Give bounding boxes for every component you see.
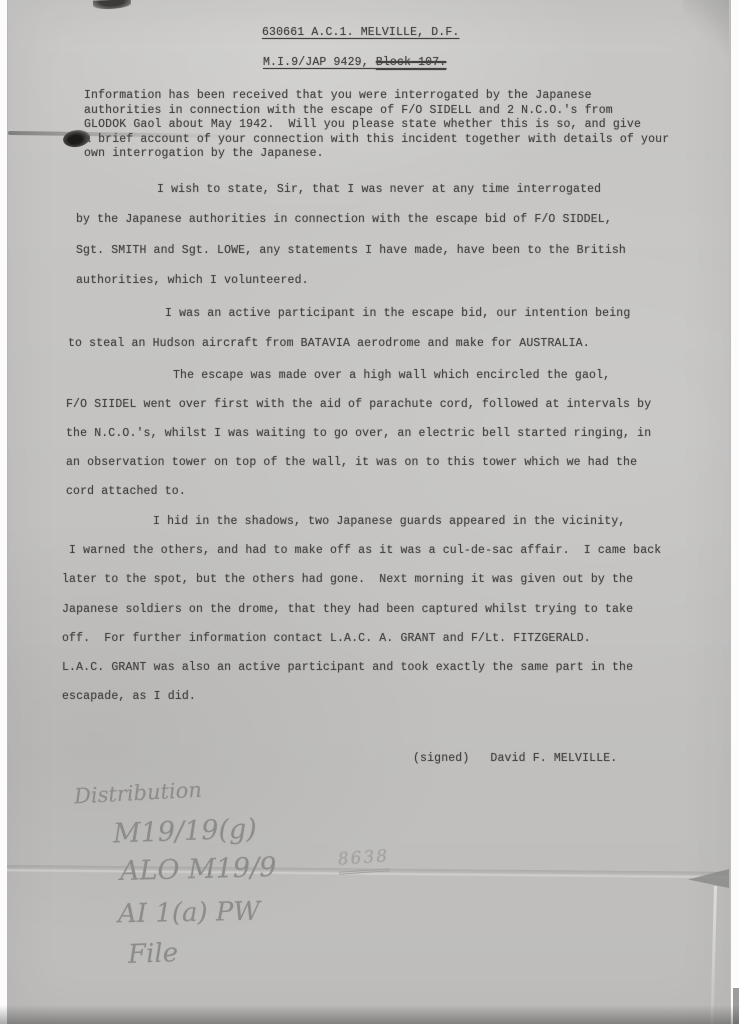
typed-line: The escape was made over a high wall whi… bbox=[66, 361, 651, 390]
handwritten-item-alo-m19-9: ALO M19/9 bbox=[120, 852, 277, 887]
typed-line: to steal an Hudson aircraft from BATAVIA… bbox=[68, 329, 630, 359]
typed-line: GLODOK Gaol about May 1942. Will you ple… bbox=[84, 118, 669, 133]
typed-line: a brief account of your connection with … bbox=[84, 133, 669, 148]
typed-line: the N.C.O.'s, whilst I was waiting to go… bbox=[66, 419, 651, 448]
typed-line: I was an active participant in the escap… bbox=[68, 299, 630, 329]
top-right-corner-shade bbox=[683, 0, 729, 58]
typed-line: I warned the others, and had to make off… bbox=[62, 536, 661, 565]
bottom-edge-shadow bbox=[0, 1005, 739, 1024]
typed-line: F/O SIIDEL went over first with the aid … bbox=[66, 390, 651, 419]
handwritten-item-m19-19g: M19/19(g) bbox=[113, 813, 258, 849]
typed-line: authorities in connection with the escap… bbox=[84, 104, 669, 119]
handwritten-item-file: File bbox=[127, 938, 178, 970]
typed-line: an observation tower on top of the wall,… bbox=[66, 448, 651, 477]
handwritten-item-ai-1a-pw: AI 1(a) PW bbox=[118, 897, 261, 929]
header-service-line: 630661 A.C.1. MELVILLE, D.F. bbox=[262, 26, 459, 39]
reference-struck-text: Block 107. bbox=[376, 56, 447, 69]
scanned-document-page: 630661 A.C.1. MELVILLE, D.F. M.I.9/JAP 9… bbox=[0, 0, 739, 1024]
paragraph-statement-1: I wish to state, Sir, that I was never a… bbox=[76, 175, 626, 296]
header-reference-line: M.I.9/JAP 9429, Block 107. bbox=[263, 56, 446, 69]
typed-line: later to the spot, but the others had go… bbox=[62, 565, 661, 594]
signature-line: (signed)David F. MELVILLE. bbox=[413, 752, 617, 765]
typed-line: escapade, as I did. bbox=[62, 682, 661, 711]
typed-line: I hid in the shadows, two Japanese guard… bbox=[62, 507, 661, 536]
paragraph-intro: Information has been received that you w… bbox=[84, 89, 669, 162]
typed-line: Information has been received that you w… bbox=[84, 89, 669, 104]
typed-line: cord attached to. bbox=[66, 477, 651, 506]
typed-line: by the Japanese authorities in connectio… bbox=[76, 205, 626, 235]
typed-line: off. For further information contact L.A… bbox=[62, 624, 661, 653]
signatory-name: David F. MELVILLE. bbox=[490, 752, 617, 765]
typed-line: Sgt. SMITH and Sgt. LOWE, any statements… bbox=[76, 236, 626, 266]
handwritten-file-number: 8638 bbox=[337, 846, 390, 875]
typed-line: L.A.C. GRANT was also an active particip… bbox=[62, 653, 661, 682]
signed-label: (signed) bbox=[413, 752, 469, 765]
typed-line: authorities, which I volunteered. bbox=[76, 266, 626, 296]
typed-line: I wish to state, Sir, that I was never a… bbox=[76, 175, 626, 205]
paragraph-statement-4: I hid in the shadows, two Japanese guard… bbox=[62, 507, 661, 711]
paragraph-statement-3: The escape was made over a high wall whi… bbox=[66, 361, 651, 506]
typed-line: own interrogation by the Japanese. bbox=[84, 147, 669, 162]
paragraph-statement-2: I was an active participant in the escap… bbox=[68, 299, 630, 359]
reference-number: M.I.9/JAP 9429, bbox=[263, 56, 376, 69]
typed-line: Japanese soldiers on the drome, that the… bbox=[62, 595, 661, 624]
